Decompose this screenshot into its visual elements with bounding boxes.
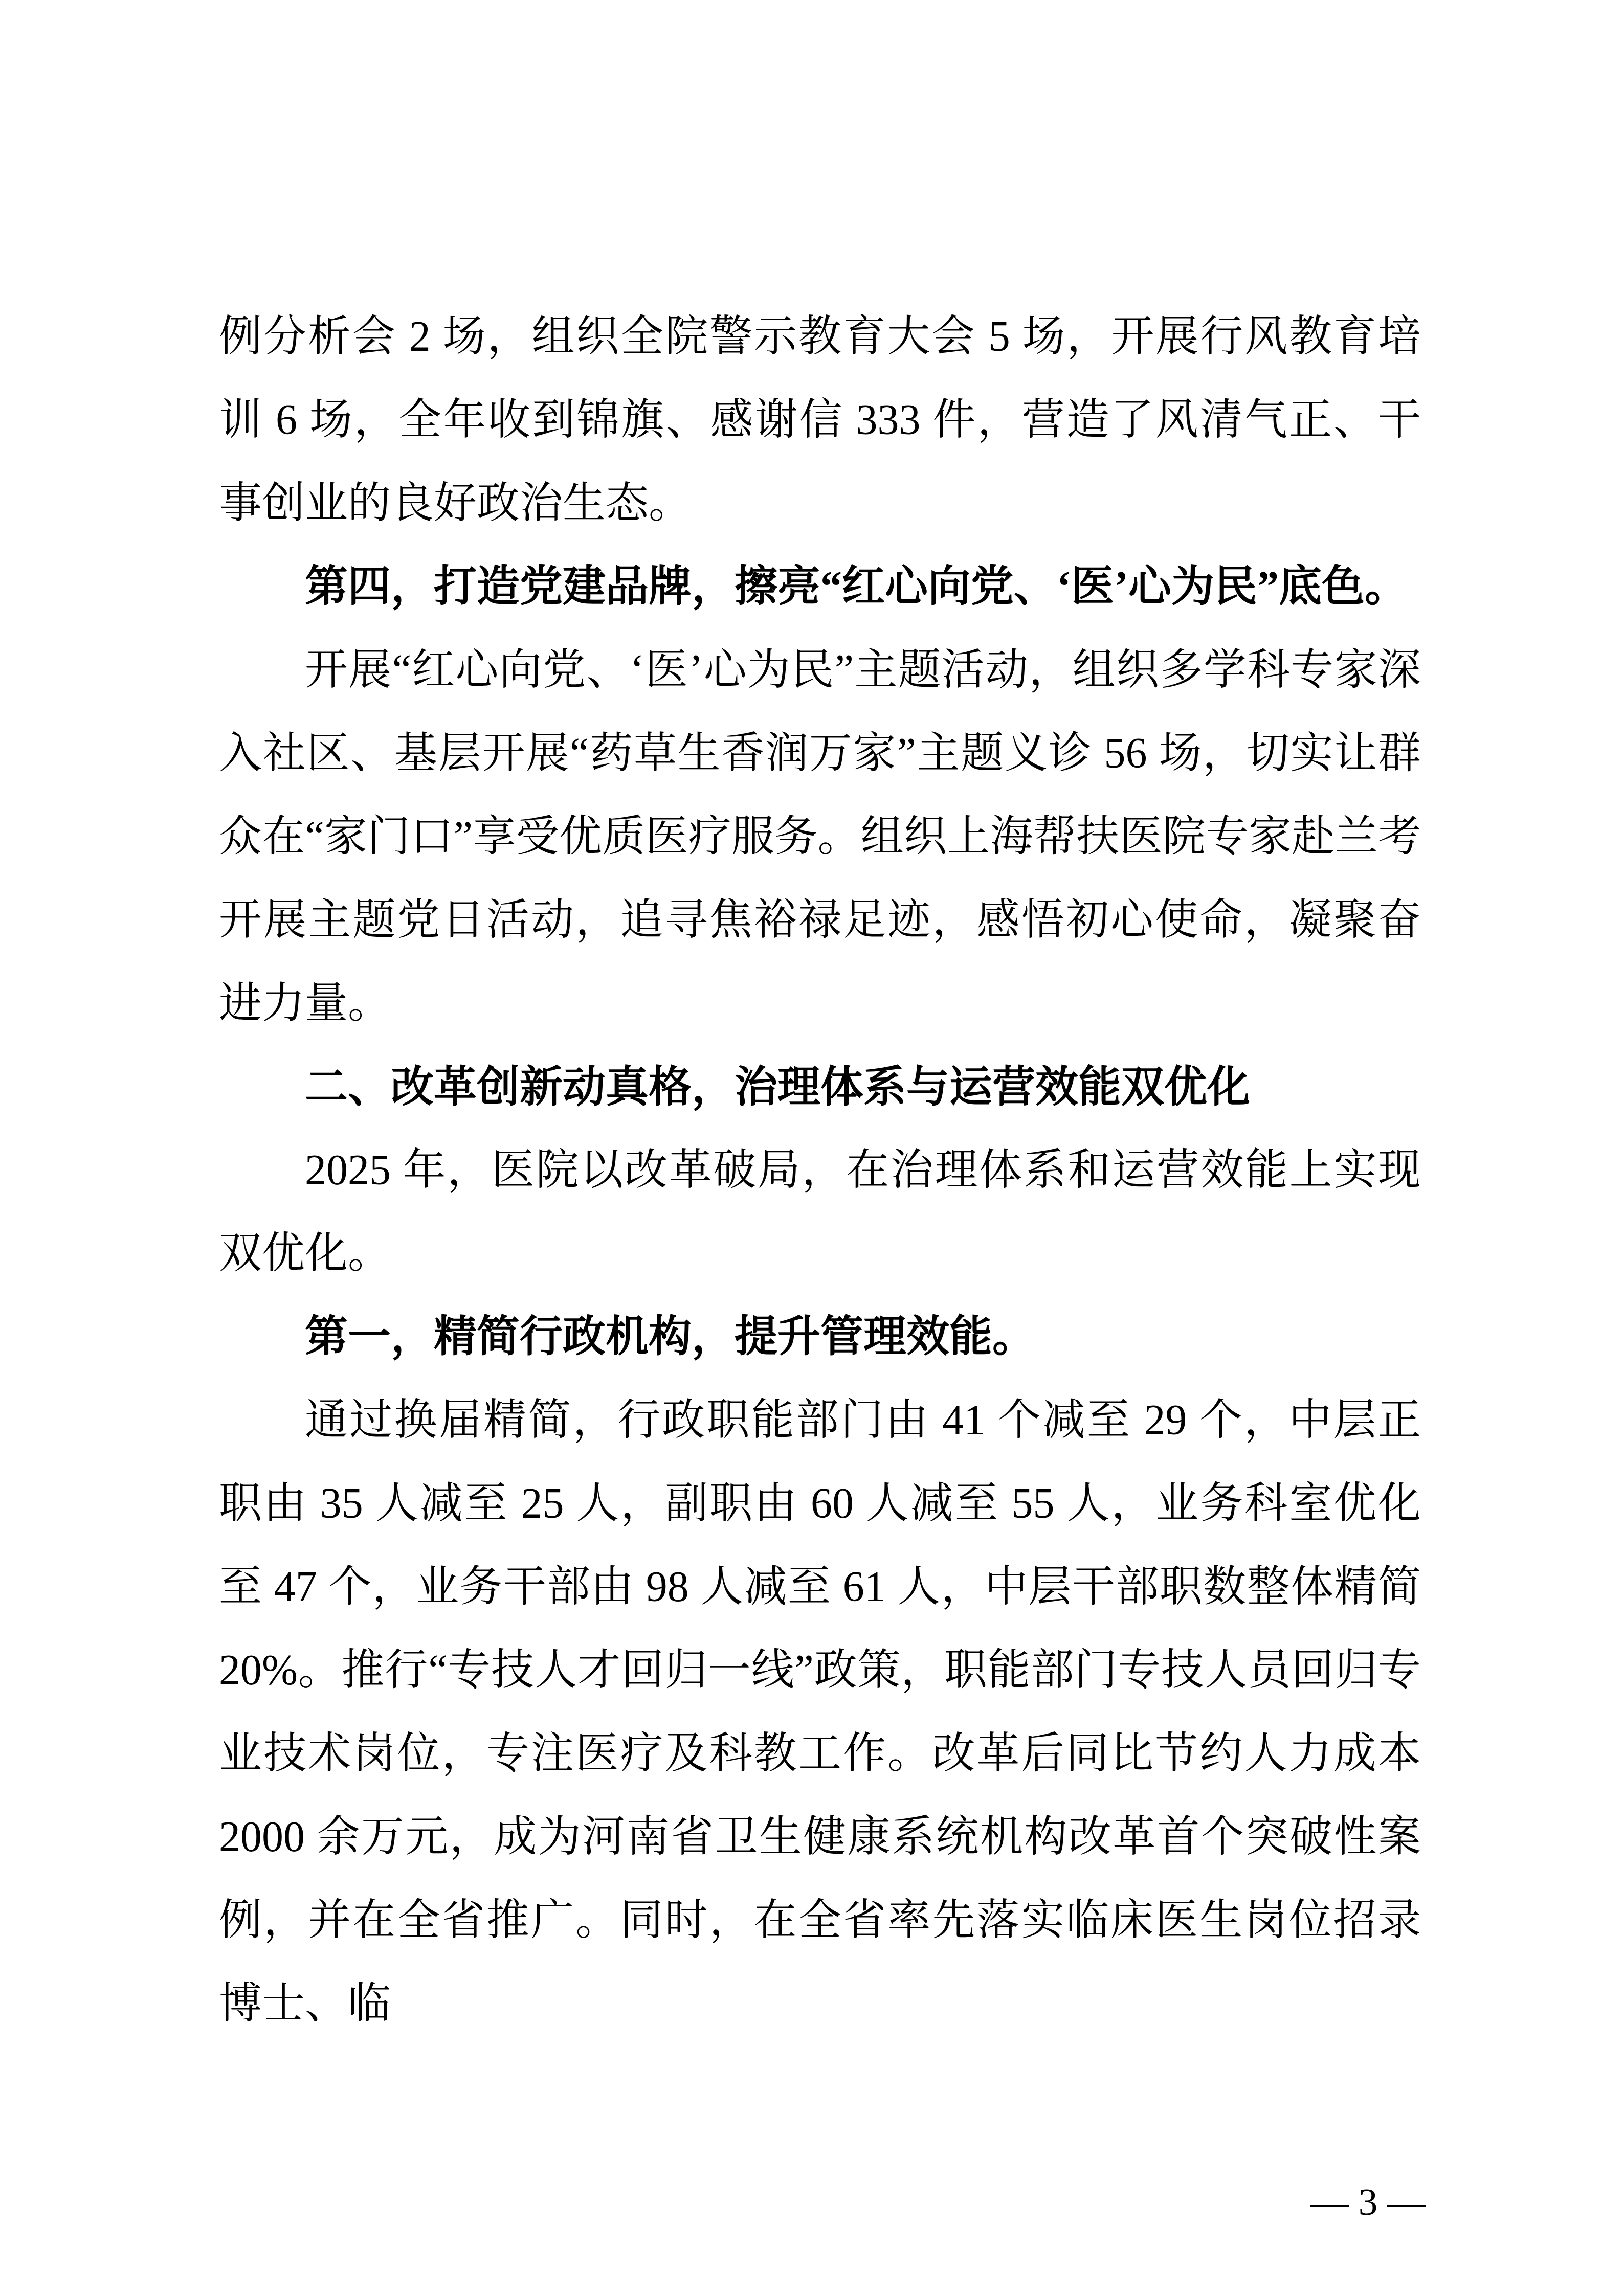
page-footer: — 3 — [1272, 2133, 1426, 2271]
paragraph-party-brand: 开展“红心向党、‘医’心为民”主题活动，组织多学科专家深入社区、基层开展“药草生… [219, 628, 1421, 1045]
heading-section-four: 第四，打造党建品牌，擦亮“红心向党、‘医’心为民”底色。 [219, 545, 1421, 628]
paragraph-reform-intro: 2025 年，医院以改革破局，在治理体系和运营效能上实现双优化。 [219, 1129, 1421, 1295]
heading-part-two: 二、改革创新动真格，治理体系与运营效能双优化 [219, 1045, 1421, 1129]
paragraph-streamlining: 通过换届精简，行政职能部门由 41 个减至 29 个，中层正职由 35 人减至 … [219, 1379, 1421, 2045]
document-body: 例分析会 2 场，组织全院警示教育大会 5 场，开展行风教育培训 6 场，全年收… [219, 295, 1421, 2045]
heading-item-one: 第一，精简行政机构，提升管理效能。 [219, 1295, 1421, 1379]
page-number: — 3 — [1310, 2181, 1426, 2223]
paragraph-continuation: 例分析会 2 场，组织全院警示教育大会 5 场，开展行风教育培训 6 场，全年收… [219, 295, 1421, 545]
document-page: 例分析会 2 场，组织全院警示教育大会 5 场，开展行风教育培训 6 场，全年收… [0, 0, 1624, 2296]
